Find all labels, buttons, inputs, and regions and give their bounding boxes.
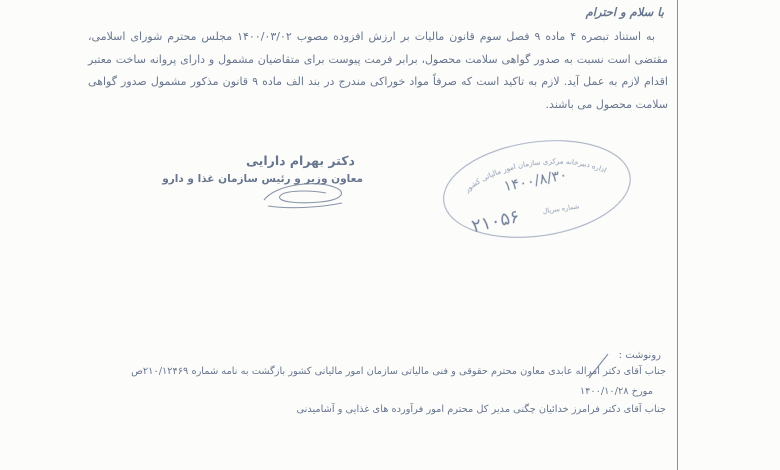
body-line: مقتضی است نسبت به صدور گواهی سلامت محصول… — [88, 49, 668, 72]
signatory-name: دکتر بهرام دارایی — [243, 153, 358, 168]
body-paragraph: به استناد تبصره ۴ ماده ۹ فصل سوم قانون م… — [88, 26, 668, 116]
document-page: با سلام و احترام به استناد تبصره ۴ ماده … — [0, 0, 780, 470]
stamp-serial-number: ۲۱۰۵۶ — [470, 206, 522, 237]
body-line: به استناد تبصره ۴ ماده ۹ فصل سوم قانون م… — [88, 26, 668, 49]
cc-item: جناب آقای دکتر امراله عابدی معاون محترم … — [131, 366, 666, 377]
greeting-text: با سلام و احترام — [586, 5, 664, 19]
margin-rule — [677, 0, 678, 470]
signature-scribble — [258, 178, 358, 212]
stamp-serial-label: شماره سریال — [542, 202, 579, 215]
cc-label: رونوشت : — [619, 350, 661, 361]
body-line: سلامت محصول می باشند. — [88, 94, 668, 117]
body-line: اقدام لازم به عمل آید. لازم به تاکید است… — [88, 71, 668, 94]
cc-item: مورخ ۱۴۰۰/۱۰/۲۸ — [580, 386, 653, 397]
secretariat-stamp: اداره دبیرخانه مرکزی سازمان امور مالیاتی… — [431, 124, 644, 256]
cc-item: جناب آقای دکتر فرامرز خدائیان چگنی مدیر … — [296, 404, 666, 415]
